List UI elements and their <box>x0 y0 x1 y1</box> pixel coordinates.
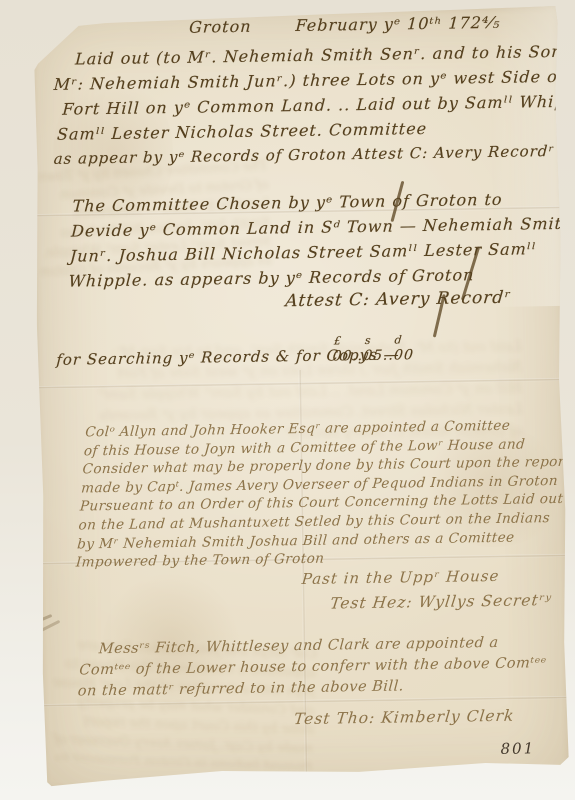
heading-line: Groton February yᵉ 10ᵗʰ 172⁴⁄₅ <box>189 13 501 37</box>
page-number: 801 <box>500 739 535 758</box>
manuscript-page: The Committee Chosen by yᵉ Town of Groto… <box>31 6 570 790</box>
record-laid-out: Laid out (to Mʳ. Nehemiah Smith Senʳ. an… <box>49 39 556 172</box>
heading-place: Groton <box>189 17 252 37</box>
currency-header: £ s d <box>333 333 415 347</box>
attestation-avery: Attest C: Avery Recordʳ <box>285 288 512 312</box>
passed-upper-house-line: Past in the Uppʳ House <box>301 567 500 588</box>
record-upper-house: Colᵒ Allyn and John Hooker Esqʳ are appo… <box>75 416 564 572</box>
fee-amount-column: £ s d 00..05..00 <box>332 333 416 364</box>
attestation-wyllys: Test Hez: Wyllys Secretʳʸ <box>329 591 553 613</box>
fee-amount: 00..05..00 <box>332 347 415 364</box>
marginalia-scribble <box>36 620 61 634</box>
record-lower-house: Messʳˢ Fitch, Whittlesey and Clark are a… <box>77 632 551 702</box>
attestation-kimberly: Test Tho: Kimberly Clerk <box>293 707 515 728</box>
heading-date: February yᵉ 10ᵗʰ 172⁴⁄₅ <box>295 13 501 35</box>
record-committee: The Committee Chosen by yᵉ Town of Groto… <box>68 186 553 294</box>
